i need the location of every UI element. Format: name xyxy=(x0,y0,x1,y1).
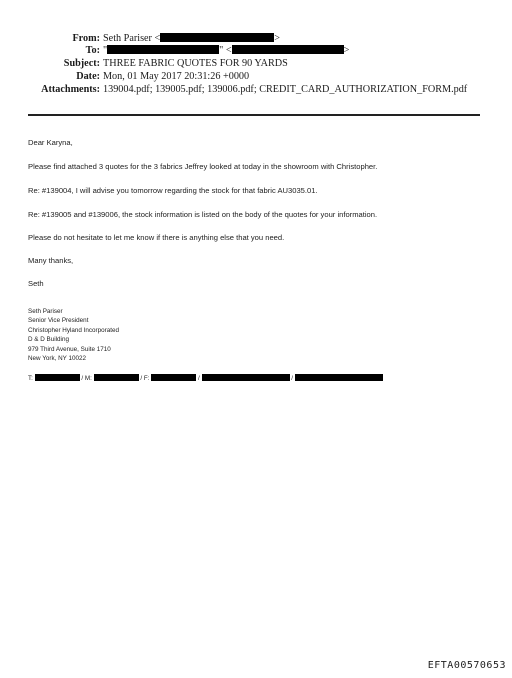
signature-contact-line: T: / M: / F: / / xyxy=(28,374,383,383)
document-id: EFTA00570653 xyxy=(428,660,506,671)
signature-name: Seth Pariser xyxy=(28,307,119,316)
redaction-box xyxy=(202,374,290,381)
body-paragraph: Re: #139004, I will advise you tomorrow … xyxy=(28,186,318,195)
separator: / xyxy=(291,375,293,382)
redaction-box xyxy=(151,374,196,381)
body-paragraph: Please do not hesitate to let me know if… xyxy=(28,233,284,242)
redaction-box xyxy=(35,374,80,381)
attachments-label: Attachments: xyxy=(41,84,100,96)
body-paragraph: Re: #139005 and #139006, the stock infor… xyxy=(28,210,377,219)
subject-label: Subject: xyxy=(64,58,100,70)
attachments-value: 139004.pdf; 139005.pdf; 139006.pdf; CRED… xyxy=(103,84,467,96)
redaction-box xyxy=(232,45,344,54)
from-label: From: xyxy=(72,33,100,45)
redaction-box xyxy=(295,374,383,381)
redaction-box xyxy=(107,45,219,54)
signature-company: Christopher Hyland Incorporated xyxy=(28,326,119,335)
header-divider xyxy=(28,114,480,116)
signature-title: Senior Vice President xyxy=(28,316,119,325)
redaction-box xyxy=(94,374,139,381)
from-name: Seth Pariser xyxy=(103,33,152,44)
signature-block: Seth Pariser Senior Vice President Chris… xyxy=(28,307,119,363)
separator: / xyxy=(198,375,200,382)
greeting: Dear Karyna, xyxy=(28,138,73,147)
subject-value: THREE FABRIC QUOTES FOR 90 YARDS xyxy=(103,58,288,70)
body-paragraph: Please find attached 3 quotes for the 3 … xyxy=(28,162,377,171)
fax-label: / F: xyxy=(140,375,149,382)
closing: Many thanks, xyxy=(28,256,73,265)
mobile-label: / M: xyxy=(81,375,92,382)
to-label: To: xyxy=(86,45,100,57)
signature-street: 979 Third Avenue, Suite 1710 xyxy=(28,345,119,354)
date-label: Date: xyxy=(76,71,100,83)
signature-building: D & D Building xyxy=(28,335,119,344)
signature-city: New York, NY 10022 xyxy=(28,354,119,363)
sender-first-name: Seth xyxy=(28,279,44,288)
date-value: Mon, 01 May 2017 20:31:26 +0000 xyxy=(103,71,249,83)
redaction-box xyxy=(160,33,274,42)
phone-label: T: xyxy=(28,375,33,382)
